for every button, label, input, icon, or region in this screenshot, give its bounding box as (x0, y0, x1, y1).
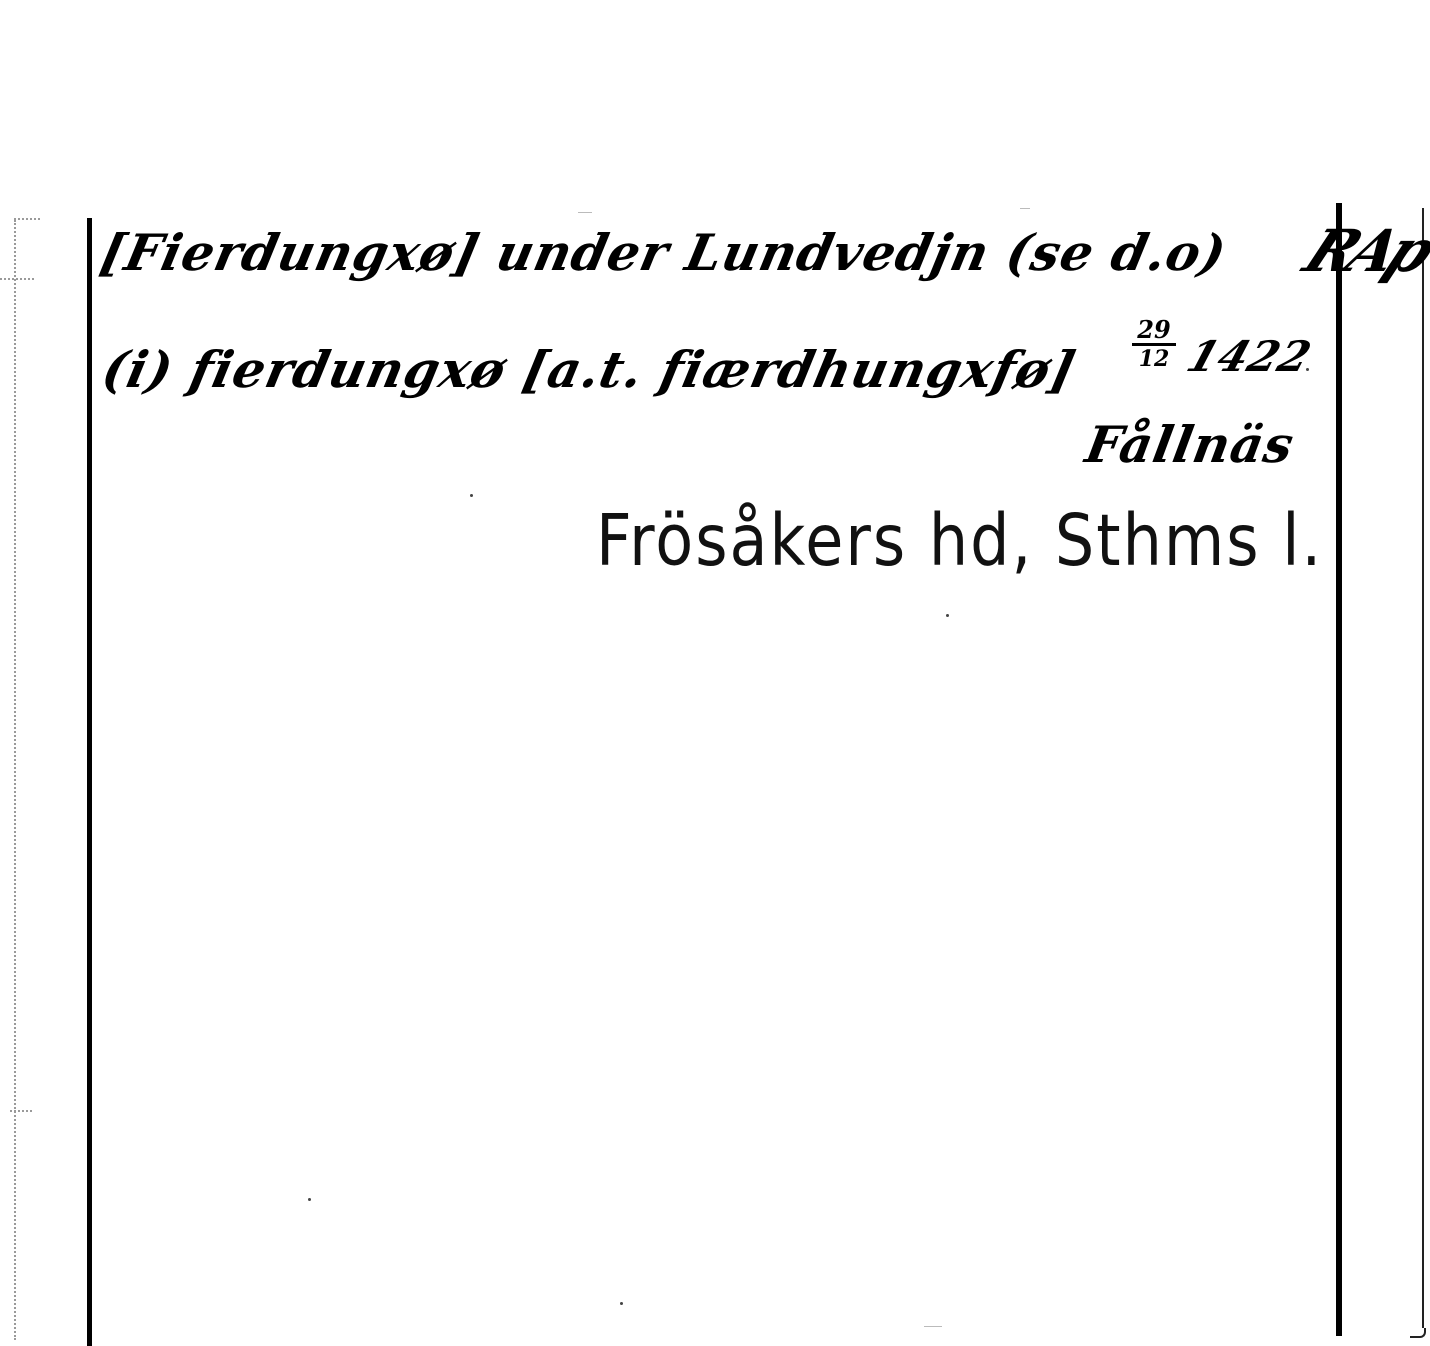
date-month: 12 (1132, 346, 1176, 370)
district-county-line: Frösåkers hd, Sthms l. (596, 505, 1323, 576)
entry-headword-line: [Fierdungxø] under Lundvedjn (se d.o) (96, 228, 1231, 278)
card-edge-tick (0, 278, 34, 280)
date-fraction: 29 12 (1132, 318, 1176, 370)
date-day: 29 (1132, 318, 1176, 346)
source-place: Fållnäs (1082, 420, 1298, 470)
scan-speck (620, 1302, 623, 1305)
date-year: 1422 (1182, 336, 1317, 378)
left-margin-rule (87, 218, 92, 1346)
scan-mark (578, 212, 592, 213)
card-corner-bottom-right (1410, 1328, 1426, 1338)
card-edge-tick (10, 1110, 32, 1112)
card-edge-left-top (14, 218, 40, 220)
scan-speck (946, 614, 949, 617)
scan-mark (1020, 208, 1030, 209)
scan-speck (1306, 368, 1309, 371)
card-edge-left (14, 220, 16, 1340)
scan-speck (470, 494, 473, 497)
right-margin-rule (1336, 203, 1342, 1336)
card-edge-right (1422, 208, 1424, 1328)
entry-source-line: (i) fierdungxø [a.t. fiærdhungxfø] (98, 345, 1080, 395)
scan-mark (924, 1326, 942, 1327)
scan-speck (308, 1198, 311, 1201)
index-card: [Fierdungxø] under Lundvedjn (se d.o) RA… (0, 0, 1430, 1346)
signature-initials: RAp (1296, 222, 1430, 280)
